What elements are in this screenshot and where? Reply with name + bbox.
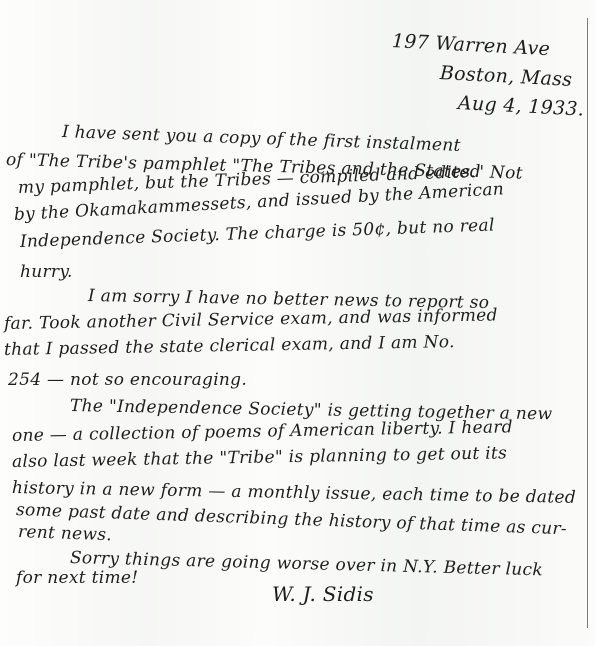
body-line-1: I have sent you a copy of the first inst… xyxy=(62,122,461,156)
body-line-18: for next time! xyxy=(16,568,138,588)
letter-page: 197 Warren Ave Boston, Mass Aug 4, 1933.… xyxy=(0,0,595,646)
address-line-2: Boston, Mass xyxy=(439,62,572,91)
body-line-16: rent news. xyxy=(18,522,113,545)
letter-date: Aug 4, 1933. xyxy=(457,92,584,121)
body-line-9: that I passed the state clerical exam, a… xyxy=(4,332,455,360)
body-line-13: also last week that the "Tribe" is plann… xyxy=(12,443,507,472)
page-edge-border xyxy=(587,18,588,628)
body-line-17: Sorry things are going worse over in N.Y… xyxy=(70,548,543,580)
address-line-1: 197 Warren Ave xyxy=(391,30,550,60)
body-line-12: one — a collection of poems of American … xyxy=(12,417,513,446)
signature: W. J. Sidis xyxy=(272,582,374,606)
body-line-6: hurry. xyxy=(20,262,73,282)
body-line-8: far. Took another Civil Service exam, an… xyxy=(4,305,498,334)
body-line-10: 254 — not so encouraging. xyxy=(8,370,247,390)
